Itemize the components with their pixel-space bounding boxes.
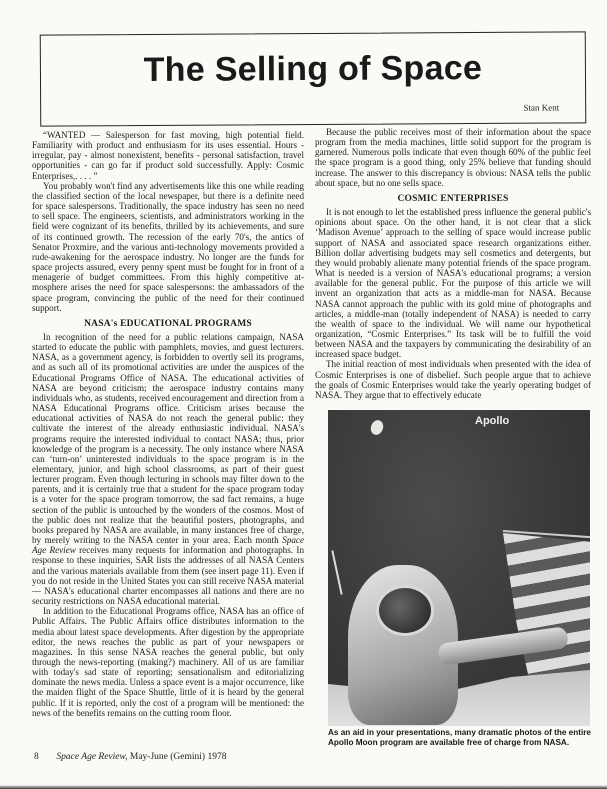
page-number: 8 — [34, 752, 54, 762]
public-affairs-paragraph: In addition to the Educational Programs … — [32, 606, 304, 718]
media-paragraph: Because the public receives most of thei… — [315, 127, 591, 188]
section-heading-cosmic-enterprises: COSMIC ENTERPRISES — [315, 194, 591, 204]
apollo-photo: Apollo — [328, 410, 590, 726]
left-column: “WANTED — Salesperson for fast moving, h… — [32, 130, 304, 718]
intro-paragraph: You probably won't find any advertisemen… — [32, 181, 304, 313]
us-flag-image — [503, 533, 590, 683]
moon-icon — [369, 418, 385, 436]
educational-programs-paragraph: In recognition of the need for a public … — [32, 332, 304, 606]
right-column: Because the public receives most of thei… — [315, 127, 591, 400]
classified-ad-paragraph: “WANTED — Salesperson for fast moving, h… — [32, 130, 304, 181]
section-heading-educational-programs: NASA's EDUCATIONAL PROGRAMS — [32, 319, 304, 329]
title-box: The Selling of Space Stan Kent — [40, 31, 587, 126]
page-edge — [0, 785, 607, 789]
article-title: The Selling of Space — [41, 48, 585, 90]
issue-date: May-June (Gemini) 1978 — [128, 752, 227, 762]
publication-name: Space Age Review, — [56, 752, 127, 762]
page-footer: 8 Space Age Review, May-June (Gemini) 19… — [34, 752, 226, 762]
helmet-visor — [376, 585, 434, 636]
cosmic-enterprises-paragraph: It is not enough to let the established … — [315, 207, 591, 359]
photo-caption: As an aid in your presentations, many dr… — [328, 728, 600, 748]
photo-label: Apollo — [475, 415, 509, 427]
author-byline: Stan Kent — [523, 102, 559, 112]
initial-reaction-paragraph: The initial reaction of most individuals… — [315, 359, 591, 400]
antenna — [331, 550, 342, 594]
